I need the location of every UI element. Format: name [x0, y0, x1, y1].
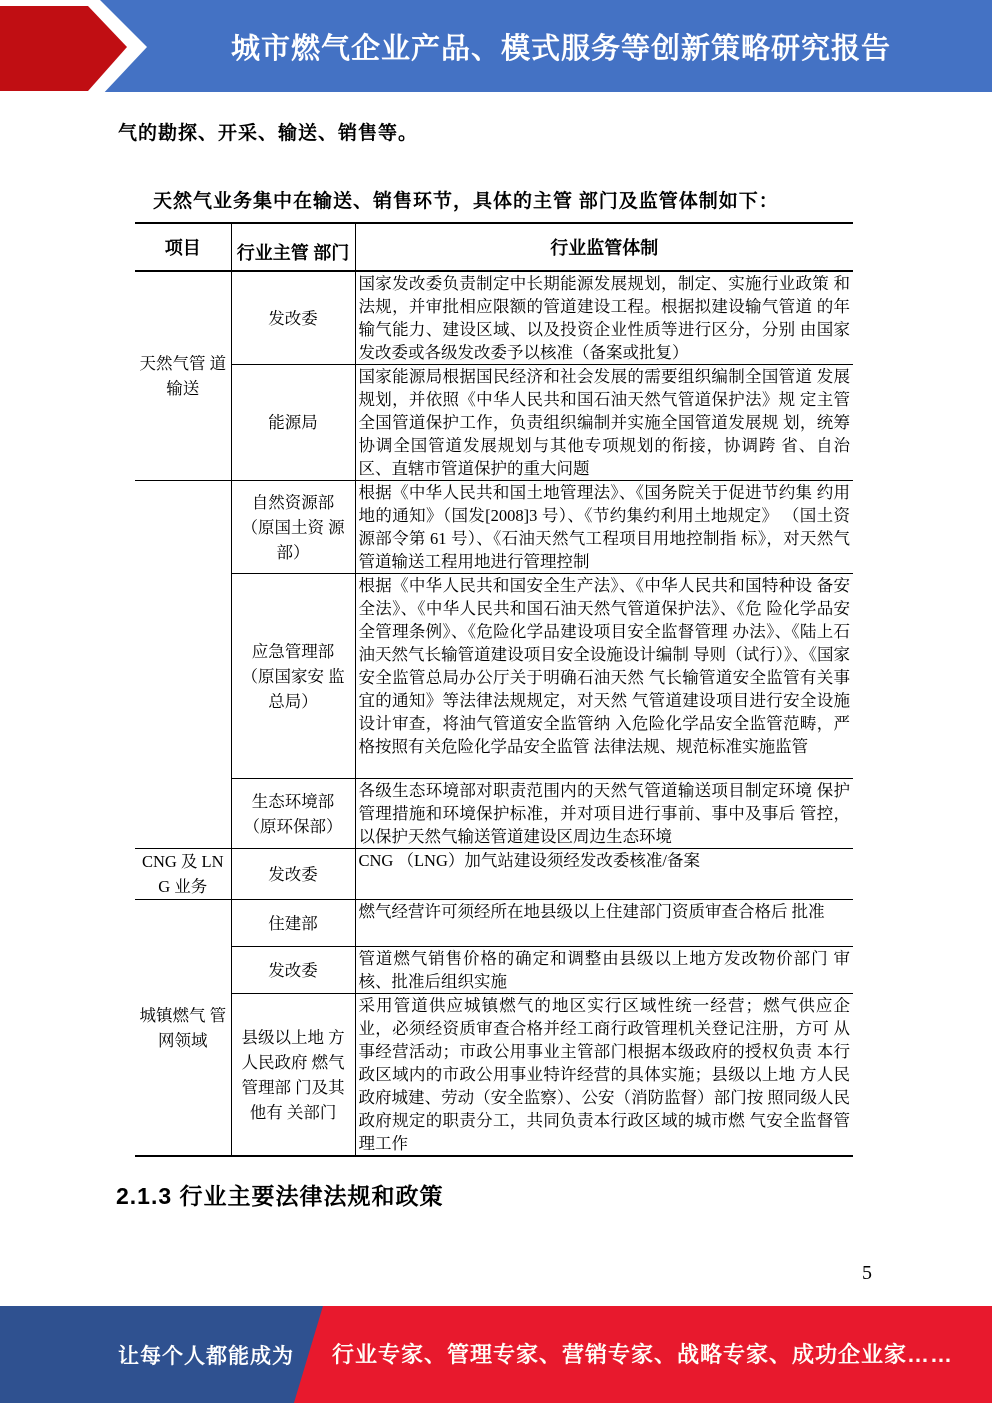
table-row: 自然资源部 （原国土资 源部） 根据《中华人民共和国土地管理法》、《国务院关于促… — [135, 481, 853, 574]
table-row: 城镇燃气 管网领域 住建部 燃气经营许可须经所在地县级以上住建部门资质审查合格后… — [135, 900, 853, 947]
body-paragraph-1: 气的勘探、开采、输送、销售等。 — [118, 118, 418, 145]
header-banner: 城市燃气企业产品、模式服务等创新策略研究报告 — [0, 0, 992, 92]
dept-cell: 住建部 — [231, 900, 355, 947]
group-label-pipeline: 天然气管 道输送 — [135, 271, 231, 481]
detail-cell: 管道燃气销售价格的确定和调整由县级以上地方发改物价部门 审核、批准后组织实施 — [355, 947, 853, 994]
detail-cell: 国家能源局根据国民经济和社会发展的需要组织编制全国管道 发展规划，并依照《中华人… — [355, 365, 853, 481]
dept-cell: 生态环境部 （原环保部） — [231, 779, 355, 849]
column-header-regulation: 行业监管体制 — [355, 223, 853, 271]
body-paragraph-2: 天然气业务集中在输送、销售环节，具体的主管 部门及监管体制如下： — [153, 186, 779, 213]
table-header-row: 项目 行业主管 部门 行业监管体制 — [135, 223, 853, 271]
detail-cell: 根据《中华人民共和国安全生产法》、《中华人民共和国特种设 备安全法》、《中华人民… — [355, 574, 853, 779]
footer-slogan-right: 行业专家、管理专家、营销专家、战略专家、成功企业家…… — [332, 1338, 953, 1369]
footer-slogan-left: 让每个人都能成为 — [118, 1340, 294, 1370]
regulation-table: 项目 行业主管 部门 行业监管体制 天然气管 道输送 发改委 国家发改委负责制定… — [135, 222, 853, 1157]
table-row: 发改委 管道燃气销售价格的确定和调整由县级以上地方发改物价部门 审核、批准后组织… — [135, 947, 853, 994]
table-row: 应急管理部 （原国家安 监总局） 根据《中华人民共和国安全生产法》、《中华人民共… — [135, 574, 853, 779]
detail-cell: 采用管道供应城镇燃气的地区实行区域性统一经营；燃气供应企 业，必须经资质审查合格… — [355, 994, 853, 1157]
table-row: 天然气管 道输送 发改委 国家发改委负责制定中长期能源发展规划，制定、实施行业政… — [135, 271, 853, 365]
red-arrow-icon — [0, 0, 170, 97]
detail-cell: CNG （LNG）加气站建设须经发改委核准/备案 — [355, 849, 853, 900]
group-label-empty — [135, 481, 231, 849]
column-header-department: 行业主管 部门 — [231, 223, 355, 271]
dept-cell: 自然资源部 （原国土资 源部） — [231, 481, 355, 574]
report-title: 城市燃气企业产品、模式服务等创新策略研究报告 — [150, 0, 972, 92]
table-row: CNG 及 LNG 业务 发改委 CNG （LNG）加气站建设须经发改委核准/备… — [135, 849, 853, 900]
table-row: 县级以上地 方人民政府 燃气管理部 门及其他有 关部门 采用管道供应城镇燃气的地… — [135, 994, 853, 1157]
group-label-city-gas: 城镇燃气 管网领域 — [135, 900, 231, 1157]
dept-cell: 发改委 — [231, 947, 355, 994]
table-row: 能源局 国家能源局根据国民经济和社会发展的需要组织编制全国管道 发展规划，并依照… — [135, 365, 853, 481]
detail-cell: 各级生态环境部对职责范围内的天然气管道输送项目制定环境 保护管理措施和环境保护标… — [355, 779, 853, 849]
dept-cell: 县级以上地 方人民政府 燃气管理部 门及其他有 关部门 — [231, 994, 355, 1157]
section-heading: 2.1.3 行业主要法律法规和政策 — [116, 1178, 444, 1211]
dept-cell: 应急管理部 （原国家安 监总局） — [231, 574, 355, 779]
dept-cell: 发改委 — [231, 849, 355, 900]
column-header-item: 项目 — [135, 223, 231, 271]
report-page: 城市燃气企业产品、模式服务等创新策略研究报告 气的勘探、开采、输送、销售等。 天… — [0, 0, 992, 1403]
dept-cell: 能源局 — [231, 365, 355, 481]
dept-cell: 发改委 — [231, 271, 355, 365]
group-label-cng-lng: CNG 及 LNG 业务 — [135, 849, 231, 900]
detail-cell: 国家发改委负责制定中长期能源发展规划，制定、实施行业政策 和法规，并审批相应限额… — [355, 271, 853, 365]
detail-cell: 根据《中华人民共和国土地管理法》、《国务院关于促进节约集 约用地的通知》（国发[… — [355, 481, 853, 574]
detail-cell: 燃气经营许可须经所在地县级以上住建部门资质审查合格后 批准 — [355, 900, 853, 947]
page-number: 5 — [862, 1262, 872, 1285]
footer-banner: 让每个人都能成为 行业专家、管理专家、营销专家、战略专家、成功企业家…… — [0, 1306, 992, 1403]
table-row: 生态环境部 （原环保部） 各级生态环境部对职责范围内的天然气管道输送项目制定环境… — [135, 779, 853, 849]
